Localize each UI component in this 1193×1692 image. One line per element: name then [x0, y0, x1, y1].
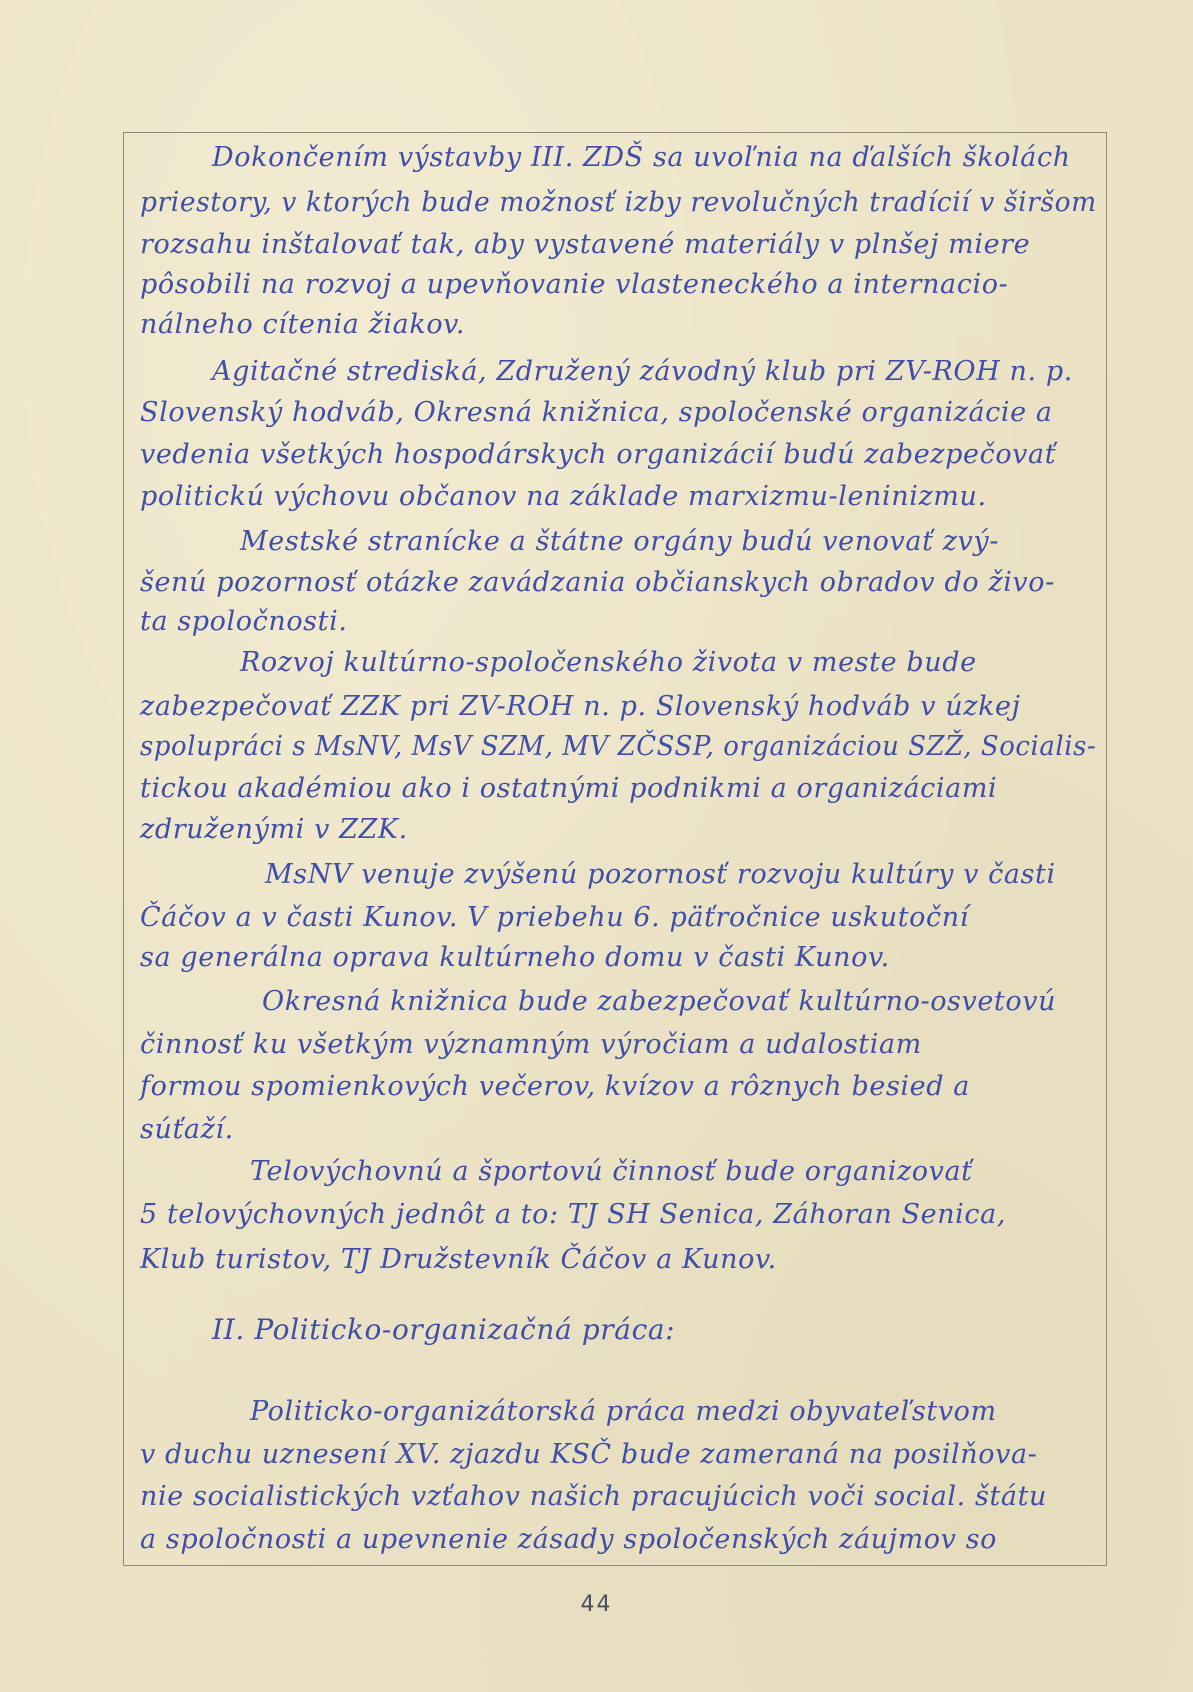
text-line: Okresná knižnica bude zabezpečovať kultú… [262, 986, 1056, 1018]
text-line: politickú výchovu občanov na základe mar… [140, 481, 987, 513]
section-heading: II. Politicko-organizačná práca: [212, 1314, 675, 1346]
text-line: Čáčov a v časti Kunov. V priebehu 6. päť… [140, 902, 969, 934]
text-line: pôsobili na rozvoj a upevňovanie vlasten… [140, 269, 1008, 301]
text-line: Dokončením výstavby III. ZDŠ sa uvoľnia … [212, 142, 1071, 174]
text-line: vedenia všetkých hospodárskych organizác… [140, 439, 1056, 471]
text-line: priestory, v ktorých bude možnosť izby r… [140, 187, 1097, 219]
text-line: rozsahu inštalovať tak, aby vystavené ma… [140, 229, 1030, 261]
text-line: Mestské stranícke a štátne orgány budú v… [240, 526, 999, 558]
text-line: Slovenský hodváb, Okresná knižnica, spol… [140, 397, 1053, 429]
text-line: činnosť ku všetkým významným výročiam a … [140, 1029, 922, 1061]
text-line: Klub turistov, TJ Družstevník Čáčov a Ku… [140, 1244, 777, 1276]
page-number: 44 [0, 1592, 1193, 1617]
text-line: formou spomienkových večerov, kvízov a r… [140, 1071, 970, 1103]
text-line: v duchu uznesení XV. zjazdu KSČ bude zam… [140, 1439, 1037, 1471]
text-line: šenú pozornosť otázke zavádzania občians… [140, 567, 1055, 599]
text-line: Agitačné strediská, Združený závodný klu… [212, 356, 1073, 388]
text-line: nie socialistických vzťahov našich pracu… [140, 1481, 1047, 1513]
text-line: zabezpečovať ZZK pri ZV-ROH n. p. Sloven… [140, 691, 1021, 723]
text-line: súťaží. [140, 1114, 234, 1146]
text-line: tickou akadémiou ako i ostatnými podnikm… [140, 773, 997, 805]
text-line: spolupráci s MsNV, MsV SZM, MV ZČSSP, or… [140, 731, 1096, 763]
text-line: Rozvoj kultúrno-spoločenského života v m… [240, 647, 977, 679]
text-line: nálneho cítenia žiakov. [140, 309, 465, 341]
text-line: MsNV venuje zvýšenú pozornosť rozvoju ku… [265, 859, 1056, 891]
text-line: Telovýchovnú a športovú činnosť bude org… [250, 1156, 973, 1188]
text-line: a spoločnosti a upevnenie zásady spoloče… [140, 1524, 997, 1556]
text-line: ta spoločnosti. [140, 606, 348, 638]
text-line: združenými v ZZK. [140, 814, 408, 846]
page-frame-border [123, 132, 1107, 1566]
text-line: 5 telovýchovných jednôt a to: TJ SH Seni… [140, 1199, 1006, 1231]
text-line: Politicko-organizátorská práca medzi oby… [250, 1396, 997, 1428]
text-line: sa generálna oprava kultúrneho domu v ča… [140, 942, 890, 974]
